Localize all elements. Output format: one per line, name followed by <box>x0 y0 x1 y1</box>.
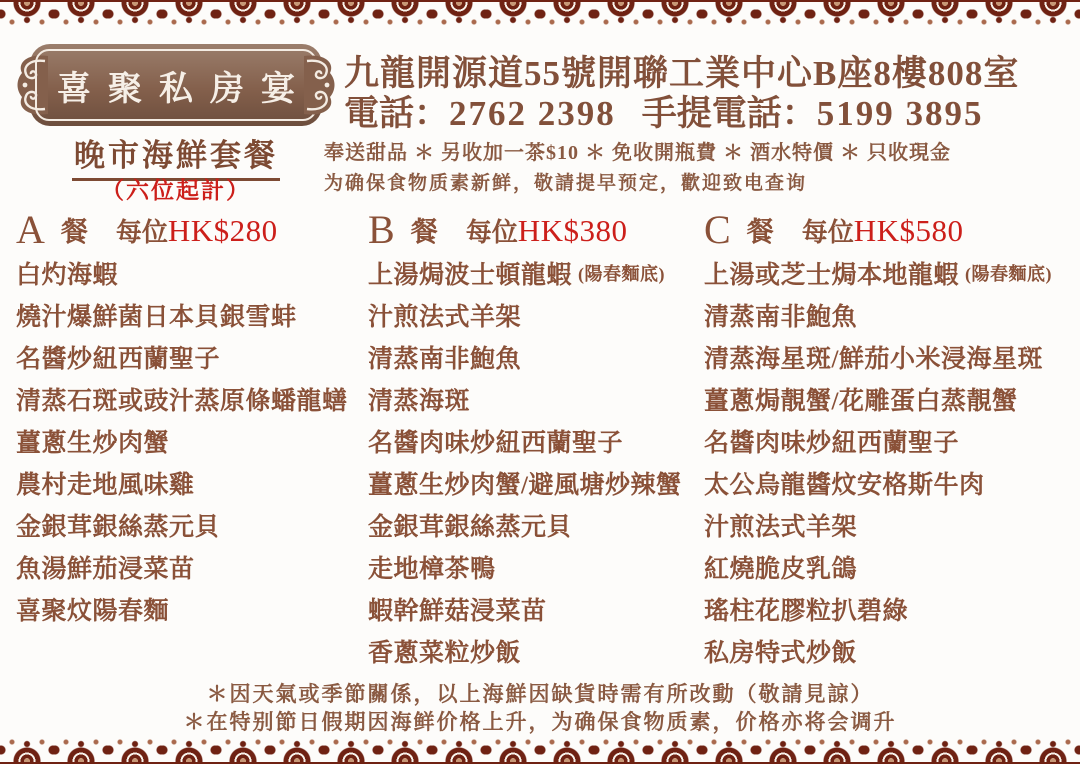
disclaimer-line1: ＊因天氣或季節關係，以上海鮮因缺貨時需有所改動（敬請見諒） <box>0 678 1080 708</box>
dish-name: 汁煎法式羊架 <box>368 297 521 333</box>
decorative-border-bottom <box>0 737 1080 764</box>
per-person-label: 每位 <box>116 218 168 247</box>
menu-item: 金銀茸銀絲蒸元貝 <box>16 504 364 546</box>
dish-name: 名醬肉味炒紐西蘭聖子 <box>368 423 623 459</box>
dish-name: 喜聚炆陽春麵 <box>16 591 169 627</box>
restaurant-logo-plaque: 喜聚私房宴 <box>30 44 322 126</box>
menu-column-c: C餐每位HK$580 上湯或芝士焗本地龍蝦(陽春麵底) 清蒸南非鮑魚 清蒸海星斑… <box>704 206 1076 672</box>
dish-name: 瑤柱花膠粒扒碧綠 <box>704 591 908 627</box>
menu-c-header: C餐每位HK$580 <box>704 206 1076 252</box>
contact-line: 電話：2762 2398手提電話：5199 3895 <box>344 86 1080 136</box>
menu-item: 太公烏龍醬炆安格斯牛肉 <box>704 462 1076 504</box>
per-person-label: 每位 <box>466 218 518 247</box>
menu-item: 金銀茸銀絲蒸元貝 <box>368 504 702 546</box>
dish-name: 魚湯鮮茄浸菜苗 <box>16 549 195 585</box>
min-persons-note: （六位起計） <box>101 178 251 203</box>
dish-note: (陽春麵底) <box>965 260 1052 286</box>
dish-name: 燒汁爆鮮菌日本貝銀雪蚌 <box>16 297 297 333</box>
menu-item: 香蔥菜粒炒飯 <box>368 630 702 672</box>
menu-item: 農村走地風味雞 <box>16 462 364 504</box>
dish-name: 名醬炒紐西蘭聖子 <box>16 339 220 375</box>
phone-label: 電話： <box>344 94 449 133</box>
service-notice-line2: 为确保食物质素新鲜，敬請提早预定，歡迎致电查询 <box>324 168 807 195</box>
dish-name: 香蔥菜粒炒飯 <box>368 633 521 669</box>
dish-name: 清蒸石斑或豉汁蒸原條蟠龍蟮 <box>16 381 348 417</box>
dish-name: 清蒸南非鮑魚 <box>368 339 521 375</box>
menu-item: 白灼海蝦 <box>16 252 364 294</box>
dish-name: 私房特式炒飯 <box>704 633 857 669</box>
dish-name: 蝦幹鮮菇浸菜苗 <box>368 591 547 627</box>
dish-name: 清蒸海星斑/鮮茄小米浸海星斑 <box>704 339 1043 375</box>
dish-name: 金銀茸銀絲蒸元貝 <box>368 507 572 543</box>
dish-name: 太公烏龍醬炆安格斯牛肉 <box>704 465 985 501</box>
dish-name: 薑蔥生炒肉蟹/避風塘炒辣蟹 <box>368 465 681 501</box>
menu-item: 薑蔥生炒肉蟹/避風塘炒辣蟹 <box>368 462 702 504</box>
dish-name: 清蒸海斑 <box>368 381 470 417</box>
dish-name: 薑蔥生炒肉蟹 <box>16 423 169 459</box>
menu-word: 餐 <box>61 217 88 247</box>
menu-item: 喜聚炆陽春麵 <box>16 588 364 630</box>
menu-item: 名醬肉味炒紐西蘭聖子 <box>368 420 702 462</box>
decorative-border-top <box>0 0 1080 27</box>
dish-name: 上湯焗波士頓龍蝦 <box>368 255 572 291</box>
dish-name: 走地樟茶鴨 <box>368 549 496 585</box>
menu-item: 名醬炒紐西蘭聖子 <box>16 336 364 378</box>
phone-number: 2762 2398 <box>449 94 616 133</box>
menu-item: 瑤柱花膠粒扒碧綠 <box>704 588 1076 630</box>
dish-name: 紅燒脆皮乳鴿 <box>704 549 857 585</box>
menu-item: 清蒸南非鮑魚 <box>704 294 1076 336</box>
menu-a-header: A餐每位HK$280 <box>16 206 364 252</box>
menu-item: 清蒸南非鮑魚 <box>368 336 702 378</box>
dish-name: 農村走地風味雞 <box>16 465 195 501</box>
menu-item: 汁煎法式羊架 <box>704 504 1076 546</box>
dish-name: 汁煎法式羊架 <box>704 507 857 543</box>
dish-name: 名醬肉味炒紐西蘭聖子 <box>704 423 959 459</box>
menu-price: HK$380 <box>518 213 628 248</box>
dish-name: 金銀茸銀絲蒸元貝 <box>16 507 220 543</box>
dish-name: 清蒸南非鮑魚 <box>704 297 857 333</box>
menu-item: 清蒸海星斑/鮮茄小米浸海星斑 <box>704 336 1076 378</box>
menu-item: 燒汁爆鮮菌日本貝銀雪蚌 <box>16 294 364 336</box>
dish-note: (陽春麵底) <box>578 260 665 286</box>
menu-price: HK$280 <box>168 213 278 248</box>
menu-item: 蝦幹鮮菇浸菜苗 <box>368 588 702 630</box>
menu-b-header: B餐每位HK$380 <box>368 206 702 252</box>
per-person-label: 每位 <box>802 218 854 247</box>
menu-item: 清蒸石斑或豉汁蒸原條蟠龍蟮 <box>16 378 364 420</box>
menu-item: 走地樟茶鴨 <box>368 546 702 588</box>
menu-item: 汁煎法式羊架 <box>368 294 702 336</box>
menu-letter: C <box>704 207 731 252</box>
dish-name: 薑蔥焗靚蟹/花雕蛋白蒸靚蟹 <box>704 381 1017 417</box>
menu-item: 私房特式炒飯 <box>704 630 1076 672</box>
menu-item: 上湯焗波士頓龍蝦(陽春麵底) <box>368 252 702 294</box>
logo-inner-frame: 喜聚私房宴 <box>35 49 317 121</box>
menu-item: 薑蔥焗靚蟹/花雕蛋白蒸靚蟹 <box>704 378 1076 420</box>
menu-item: 清蒸海斑 <box>368 378 702 420</box>
menu-item: 薑蔥生炒肉蟹 <box>16 420 364 462</box>
menu-item: 魚湯鮮茄浸菜苗 <box>16 546 364 588</box>
menu-item: 上湯或芝士焗本地龍蝦(陽春麵底) <box>704 252 1076 294</box>
menu-column-a: A餐每位HK$280 白灼海蝦 燒汁爆鮮菌日本貝銀雪蚌 名醬炒紐西蘭聖子 清蒸石… <box>16 206 364 630</box>
restaurant-name: 喜聚私房宴 <box>57 61 312 110</box>
menu-word: 餐 <box>411 217 438 247</box>
disclaimer-line2: ＊在特别節日假期因海鲜价格上升，为确保食物质素，价格亦将会调升 <box>0 706 1080 736</box>
menu-price: HK$580 <box>854 213 964 248</box>
menu-item: 名醬肉味炒紐西蘭聖子 <box>704 420 1076 462</box>
menu-item: 紅燒脆皮乳鴿 <box>704 546 1076 588</box>
menu-letter: A <box>16 207 45 252</box>
cloud-scroll-icon <box>303 53 337 117</box>
menu-letter: B <box>368 207 395 252</box>
menu-page: 喜聚私房宴 晚市海鮮套餐 （六位起計） 九龍開源道55號開聯工業中心B座8樓80… <box>0 0 1080 764</box>
dish-name: 上湯或芝士焗本地龍蝦 <box>704 255 959 291</box>
service-notice-line1: 奉送甜品 ＊ 另收加一茶$10 ＊ 免收開瓶費 ＊ 酒水特價 ＊ 只收現金 <box>324 136 951 165</box>
min-persons-wrap: （六位起計） <box>30 172 322 205</box>
dish-name: 白灼海蝦 <box>16 255 118 291</box>
mobile-label: 手提電話： <box>642 94 817 133</box>
menu-word: 餐 <box>747 217 774 247</box>
menu-column-b: B餐每位HK$380 上湯焗波士頓龍蝦(陽春麵底) 汁煎法式羊架 清蒸南非鮑魚 … <box>368 206 702 672</box>
mobile-number: 5199 3895 <box>817 94 984 133</box>
